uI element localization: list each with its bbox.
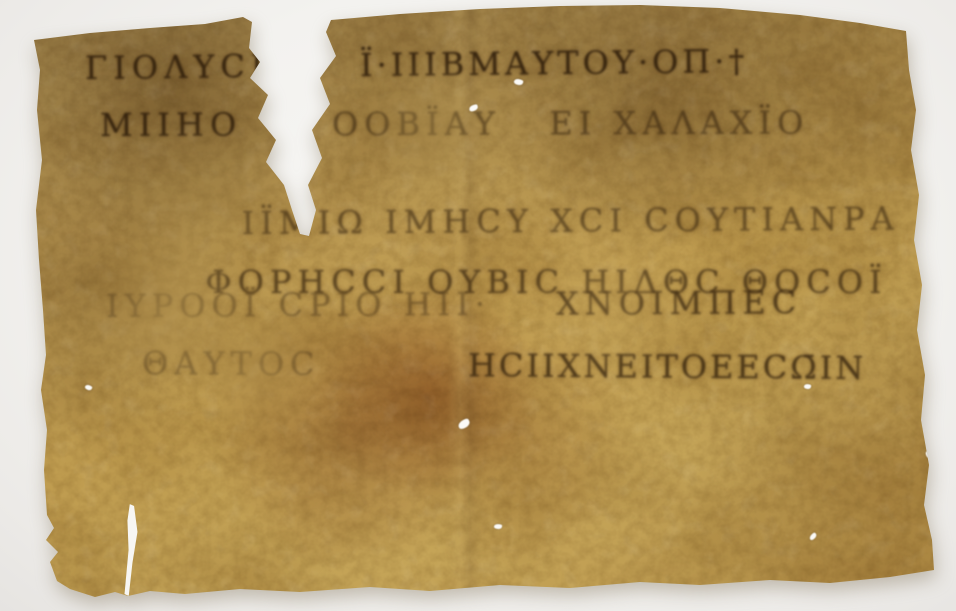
text-line-5-right: ΧΝΟΙΜΠΕC [556, 284, 802, 321]
text-line-1-left: ΓΙΟΛΥCΙ· [85, 48, 286, 86]
text-line-5-left: ΙΥΡΟΟÏ CΡΙΟ ΗΙΙ· [106, 286, 491, 324]
flash-speck [927, 383, 936, 393]
parchment-shadow-wrap: ΓΙΟΛΥCΙ· Ï·ΙΙΙΒΜΑΥΤΟΥ·ΟΠ·† ΜΙΙΗΟ ΟΟΒÏΑΥ … [0, 0, 956, 611]
text-line-2-left: ΜΙΙΗΟ [100, 107, 242, 143]
flash-speck [494, 523, 503, 529]
text-line-1-right: Ï·ΙΙΙΒΜΑΥΤΟΥ·ΟΠ·† [360, 43, 749, 83]
bottom-slit-tear [119, 504, 140, 597]
text-line-6: ΘΑΥΤΟC ΗCΙΙΧΝΕΙΤΟΕΕCΩ̄ΙΝ [0, 344, 956, 495]
text-line-6-right: ΗCΙΙΧΝΕΙΤΟΕΕCΩ̄ΙΝ [468, 347, 867, 386]
text-line-6-left: ΘΑΥΤΟC [142, 345, 321, 382]
text-line-2-right: ΟΟΒÏΑΥ ΕΙ ΧΑΛΑΧÏΟ [332, 105, 809, 143]
manuscript-photo: ΓΙΟΛΥCΙ· Ï·ΙΙΙΒΜΑΥΤΟΥ·ΟΠ·† ΜΙΙΗΟ ΟΟΒÏΑΥ … [0, 0, 956, 611]
flash-speck [808, 532, 817, 541]
parchment-fragment: ΓΙΟΛΥCΙ· Ï·ΙΙΙΒΜΑΥΤΟΥ·ΟΠ·† ΜΙΙΗΟ ΟΟΒÏΑΥ … [0, 0, 956, 611]
